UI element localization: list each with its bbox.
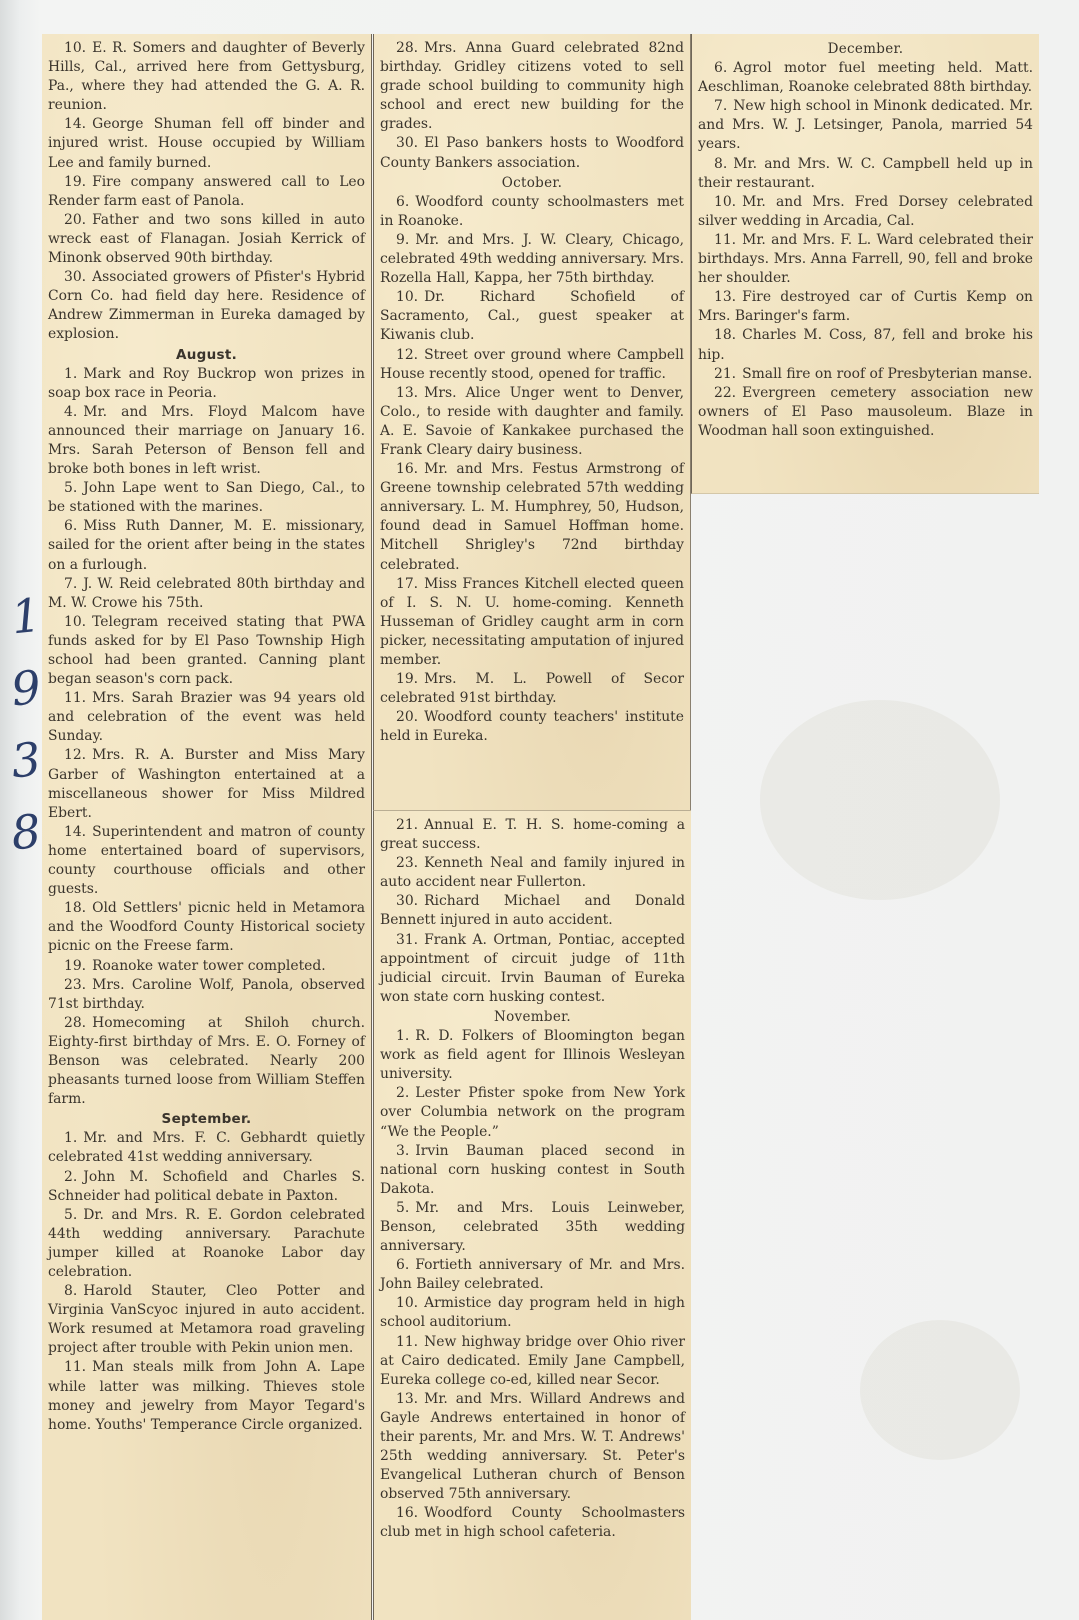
news-entry: 6.Miss Ruth Danner, M. E. missionary, sa… bbox=[48, 517, 365, 574]
entry-day: 10. bbox=[396, 289, 418, 305]
entry-text: Homecoming at Shiloh church. Eighty-firs… bbox=[48, 1015, 365, 1107]
entry-text: Mr. and Mrs. Willard Andrews and Gayle A… bbox=[380, 1391, 685, 1502]
news-entry: 7.New high school in Minonk dedicated. M… bbox=[698, 97, 1033, 154]
month-heading: November. bbox=[380, 1008, 685, 1027]
entry-text: Mr. and Mrs. F. C. Gebhardt quietly cele… bbox=[48, 1130, 365, 1165]
entry-day: 19. bbox=[396, 671, 418, 687]
entry-text: Armistice day program held in high schoo… bbox=[380, 1295, 685, 1330]
entry-text: Old Settlers' picnic held in Metamora an… bbox=[48, 900, 365, 954]
news-entry: 16.Mr. and Mrs. Festus Armstrong of Gree… bbox=[380, 460, 684, 575]
news-entry: 7.J. W. Reid celebrated 80th birthday an… bbox=[48, 575, 365, 613]
news-entry: 18.Old Settlers' picnic held in Metamora… bbox=[48, 899, 365, 956]
entry-text: Dr. and Mrs. R. E. Gordon celebrated 44t… bbox=[48, 1207, 365, 1280]
entry-day: 11. bbox=[714, 232, 736, 248]
news-entry: 20.Father and two sons killed in auto wr… bbox=[48, 211, 365, 268]
news-entry: 30.Richard Michael and Donald Bennett in… bbox=[380, 892, 685, 930]
news-entry: 13.Mrs. Alice Unger went to Denver, Colo… bbox=[380, 384, 684, 460]
entry-text: Street over ground where Campbell House … bbox=[380, 347, 684, 382]
entry-day: 3. bbox=[396, 1143, 409, 1159]
entry-text: Associated growers of Pfister's Hybrid C… bbox=[48, 269, 365, 342]
entry-day: 8. bbox=[714, 156, 727, 172]
entry-text: Miss Ruth Danner, M. E. missionary, sail… bbox=[48, 518, 365, 572]
entry-text: Frank A. Ortman, Pontiac, accepted appoi… bbox=[380, 932, 685, 1005]
entry-day: 14. bbox=[64, 824, 86, 840]
clipping-column-july-september: 10.E. R. Somers and daughter of Beverly … bbox=[42, 34, 372, 1620]
entry-text: Richard Michael and Donald Bennett injur… bbox=[380, 893, 685, 928]
entry-text: El Paso bankers hosts to Woodford County… bbox=[380, 135, 684, 170]
entry-day: 16. bbox=[396, 1505, 418, 1521]
entry-day: 30. bbox=[64, 269, 86, 285]
entry-text: Lester Pfister spoke from New York over … bbox=[380, 1085, 685, 1139]
news-entry: 30.Associated growers of Pfister's Hybri… bbox=[48, 268, 365, 344]
clipping-column-september-october: 28.Mrs. Anna Guard celebrated 82nd birth… bbox=[373, 34, 691, 810]
entry-day: 12. bbox=[396, 347, 418, 363]
news-entry: 10.E. R. Somers and daughter of Beverly … bbox=[48, 39, 365, 115]
entry-day: 8. bbox=[64, 1283, 77, 1299]
entry-text: Fire company answered call to Leo Render… bbox=[48, 174, 365, 209]
entry-day: 19. bbox=[64, 174, 86, 190]
entry-day: 9. bbox=[396, 232, 409, 248]
entry-day: 23. bbox=[396, 855, 418, 871]
news-entry: 11.New highway bridge over Ohio river at… bbox=[380, 1333, 685, 1390]
entry-text: John M. Schofield and Charles S. Schneid… bbox=[48, 1169, 365, 1204]
entry-text: New high school in Minonk dedicated. Mr.… bbox=[698, 98, 1033, 152]
news-entry: 2.John M. Schofield and Charles S. Schne… bbox=[48, 1168, 365, 1206]
entry-day: 1. bbox=[64, 366, 77, 382]
entry-day: 6. bbox=[396, 1257, 409, 1273]
entry-text: Fortieth anniversary of Mr. and Mrs. Joh… bbox=[380, 1257, 685, 1292]
entry-day: 10. bbox=[64, 40, 86, 56]
entry-day: 10. bbox=[714, 194, 736, 210]
news-entry: 30.El Paso bankers hosts to Woodford Cou… bbox=[380, 134, 684, 172]
news-entry: 11.Mr. and Mrs. F. L. Ward celebrated th… bbox=[698, 231, 1033, 288]
entry-day: 1. bbox=[396, 1028, 409, 1044]
entry-day: 10. bbox=[64, 614, 86, 630]
news-entry: 13.Fire destroyed car of Curtis Kemp on … bbox=[698, 288, 1033, 326]
entry-text: Kenneth Neal and family injured in auto … bbox=[380, 855, 685, 890]
entry-text: New highway bridge over Ohio river at Ca… bbox=[380, 1334, 685, 1388]
entry-day: 23. bbox=[64, 977, 86, 993]
month-heading: August. bbox=[48, 346, 365, 365]
entry-text: Small fire on roof of Presbyterian manse… bbox=[742, 366, 1032, 382]
entry-text: Mr. and Mrs. J. W. Cleary, Chicago, cele… bbox=[380, 232, 684, 286]
news-entry: 19.Roanoke water tower completed. bbox=[48, 957, 365, 976]
entry-day: 1. bbox=[64, 1130, 77, 1146]
news-entry: 23.Mrs. Caroline Wolf, Panola, observed … bbox=[48, 976, 365, 1014]
entry-day: 17. bbox=[396, 576, 418, 592]
month-heading: December. bbox=[698, 40, 1033, 59]
entry-day: 10. bbox=[396, 1295, 418, 1311]
news-entry: 28.Homecoming at Shiloh church. Eighty-f… bbox=[48, 1014, 365, 1109]
entry-text: Woodford county teachers' institute held… bbox=[380, 709, 684, 744]
entry-text: E. R. Somers and daughter of Beverly Hil… bbox=[48, 40, 365, 113]
entry-day: 11. bbox=[64, 690, 86, 706]
entry-text: Woodford County Schoolmasters club met i… bbox=[380, 1505, 685, 1540]
news-entry: 11.Mrs. Sarah Brazier was 94 years old a… bbox=[48, 689, 365, 746]
entry-text: Miss Frances Kitchell elected queen of I… bbox=[380, 576, 684, 668]
news-entry: 14.Superintendent and matron of county h… bbox=[48, 823, 365, 899]
entry-text: John Lape went to San Diego, Cal., to be… bbox=[48, 480, 365, 515]
entry-text: Telegram received stating that PWA funds… bbox=[48, 614, 365, 687]
news-entry: 22.Evergreen cemetery association new ow… bbox=[698, 384, 1033, 441]
month-heading: September. bbox=[48, 1110, 365, 1129]
news-entry: 6.Woodford county schoolmasters met in R… bbox=[380, 193, 684, 231]
entry-text: Evergreen cemetery association new owner… bbox=[698, 385, 1033, 439]
news-entry: 31.Frank A. Ortman, Pontiac, accepted ap… bbox=[380, 931, 685, 1007]
entry-text: Annual E. T. H. S. home-coming a great s… bbox=[380, 817, 685, 852]
entry-text: Harold Stauter, Cleo Potter and Virginia… bbox=[48, 1283, 365, 1356]
entry-day: 7. bbox=[64, 576, 77, 592]
news-entry: 10.Mr. and Mrs. Fred Dorsey celebrated s… bbox=[698, 193, 1033, 231]
news-entry: 4.Mr. and Mrs. Floyd Malcom have announc… bbox=[48, 403, 365, 479]
news-entry: 8.Harold Stauter, Cleo Potter and Virgin… bbox=[48, 1282, 365, 1358]
entry-text: Man steals milk from John A. Lape while … bbox=[48, 1359, 365, 1432]
entry-day: 13. bbox=[396, 385, 418, 401]
news-entry: 6.Fortieth anniversary of Mr. and Mrs. J… bbox=[380, 1256, 685, 1294]
news-entry: 8.Mr. and Mrs. W. C. Campbell held up in… bbox=[698, 155, 1033, 193]
entry-day: 6. bbox=[64, 518, 77, 534]
clipping-column-october-november: 21.Annual E. T. H. S. home-coming a grea… bbox=[373, 810, 691, 1620]
news-entry: 14.George Shuman fell off binder and inj… bbox=[48, 115, 365, 172]
entry-text: R. D. Folkers of Bloomington began work … bbox=[380, 1028, 685, 1082]
news-entry: 19.Fire company answered call to Leo Ren… bbox=[48, 173, 365, 211]
news-entry: 12.Street over ground where Campbell Hou… bbox=[380, 346, 684, 384]
entry-day: 18. bbox=[64, 900, 86, 916]
paper-stain bbox=[860, 1320, 1020, 1460]
news-entry: 23.Kenneth Neal and family injured in au… bbox=[380, 854, 685, 892]
entry-text: George Shuman fell off binder and injure… bbox=[48, 116, 365, 170]
entry-text: Agrol motor fuel meeting held. Matt. Aes… bbox=[698, 60, 1033, 95]
paper-stain bbox=[760, 700, 1000, 900]
entry-text: Irvin Bauman placed second in national c… bbox=[380, 1143, 685, 1197]
news-entry: 16.Woodford County Schoolmasters club me… bbox=[380, 1504, 685, 1542]
entry-text: Mr. and Mrs. Floyd Malcom have announced… bbox=[48, 404, 365, 477]
entry-day: 20. bbox=[396, 709, 418, 725]
entry-day: 7. bbox=[714, 98, 727, 114]
entry-text: Roanoke water tower completed. bbox=[92, 958, 326, 974]
entry-day: 13. bbox=[714, 289, 736, 305]
entry-text: Father and two sons killed in auto wreck… bbox=[48, 212, 365, 266]
entry-day: 30. bbox=[396, 893, 418, 909]
entry-day: 28. bbox=[396, 40, 418, 56]
news-entry: 9.Mr. and Mrs. J. W. Cleary, Chicago, ce… bbox=[380, 231, 684, 288]
entry-day: 21. bbox=[714, 366, 736, 382]
entry-text: Mrs. Alice Unger went to Denver, Colo., … bbox=[380, 385, 684, 458]
entry-day: 21. bbox=[396, 817, 418, 833]
entry-text: Mrs. M. L. Powell of Secor celebrated 91… bbox=[380, 671, 684, 706]
entry-text: Mrs. Caroline Wolf, Panola, observed 71s… bbox=[48, 977, 365, 1012]
news-entry: 1.Mr. and Mrs. F. C. Gebhardt quietly ce… bbox=[48, 1129, 365, 1167]
entry-text: Dr. Richard Schofield of Sacramento, Cal… bbox=[380, 289, 684, 343]
entry-day: 5. bbox=[64, 1207, 77, 1223]
entry-text: Woodford county schoolmasters met in Roa… bbox=[380, 194, 684, 229]
entry-day: 13. bbox=[396, 1391, 418, 1407]
entry-text: Mr. and Mrs. F. L. Ward celebrated their… bbox=[698, 232, 1033, 286]
news-entry: 18.Charles M. Coss, 87, fell and broke h… bbox=[698, 326, 1033, 364]
entry-text: Mrs. R. A. Burster and Miss Mary Garber … bbox=[48, 747, 365, 820]
entry-text: Mr. and Mrs. W. C. Campbell held up in t… bbox=[698, 156, 1033, 191]
news-entry: 20.Woodford county teachers' institute h… bbox=[380, 708, 684, 746]
news-entry: 11.Man steals milk from John A. Lape whi… bbox=[48, 1358, 365, 1434]
news-entry: 1.R. D. Folkers of Bloomington began wor… bbox=[380, 1027, 685, 1084]
entry-day: 11. bbox=[64, 1359, 86, 1375]
entry-text: Mr. and Mrs. Festus Armstrong of Greene … bbox=[380, 461, 684, 572]
entry-day: 22. bbox=[714, 385, 736, 401]
entry-day: 5. bbox=[396, 1200, 409, 1216]
news-entry: 21.Annual E. T. H. S. home-coming a grea… bbox=[380, 816, 685, 854]
entry-day: 5. bbox=[64, 480, 77, 496]
entry-day: 6. bbox=[396, 194, 409, 210]
entry-day: 31. bbox=[396, 932, 418, 948]
news-entry: 5.Mr. and Mrs. Louis Leinweber, Benson, … bbox=[380, 1199, 685, 1256]
news-entry: 3.Irvin Bauman placed second in national… bbox=[380, 1142, 685, 1199]
entry-text: Mr. and Mrs. Fred Dorsey celebrated silv… bbox=[698, 194, 1033, 229]
entry-day: 20. bbox=[64, 212, 86, 228]
entry-text: J. W. Reid celebrated 80th birthday and … bbox=[48, 576, 365, 611]
clipping-column-december: December.6.Agrol motor fuel meeting held… bbox=[691, 34, 1039, 494]
entry-day: 16. bbox=[396, 461, 418, 477]
news-entry: 10.Telegram received stating that PWA fu… bbox=[48, 613, 365, 689]
entry-day: 14. bbox=[64, 116, 86, 132]
news-entry: 2.Lester Pfister spoke from New York ove… bbox=[380, 1084, 685, 1141]
news-entry: 17.Miss Frances Kitchell elected queen o… bbox=[380, 575, 684, 670]
entry-day: 18. bbox=[714, 327, 736, 343]
news-entry: 6.Agrol motor fuel meeting held. Matt. A… bbox=[698, 59, 1033, 97]
entry-day: 19. bbox=[64, 958, 86, 974]
news-entry: 19.Mrs. M. L. Powell of Secor celebrated… bbox=[380, 670, 684, 708]
month-heading: October. bbox=[380, 174, 684, 193]
entry-day: 11. bbox=[396, 1334, 418, 1350]
news-entry: 5.John Lape went to San Diego, Cal., to … bbox=[48, 479, 365, 517]
entry-text: Mrs. Anna Guard celebrated 82nd birthday… bbox=[380, 40, 684, 132]
news-entry: 10.Armistice day program held in high sc… bbox=[380, 1294, 685, 1332]
news-entry: 13.Mr. and Mrs. Willard Andrews and Gayl… bbox=[380, 1390, 685, 1505]
entry-text: Mr. and Mrs. Louis Leinweber, Benson, ce… bbox=[380, 1200, 685, 1254]
news-entry: 28.Mrs. Anna Guard celebrated 82nd birth… bbox=[380, 39, 684, 134]
entry-day: 12. bbox=[64, 747, 86, 763]
entry-day: 28. bbox=[64, 1015, 86, 1031]
entry-text: Charles M. Coss, 87, fell and broke his … bbox=[698, 327, 1033, 362]
entry-day: 30. bbox=[396, 135, 418, 151]
news-entry: 10.Dr. Richard Schofield of Sacramento, … bbox=[380, 288, 684, 345]
entry-day: 4. bbox=[64, 404, 77, 420]
news-entry: 5.Dr. and Mrs. R. E. Gordon celebrated 4… bbox=[48, 1206, 365, 1282]
entry-day: 6. bbox=[714, 60, 727, 76]
news-entry: 1.Mark and Roy Buckrop won prizes in soa… bbox=[48, 365, 365, 403]
entry-text: Mrs. Sarah Brazier was 94 years old and … bbox=[48, 690, 365, 744]
entry-text: Superintendent and matron of county home… bbox=[48, 824, 365, 897]
news-entry: 21.Small fire on roof of Presbyterian ma… bbox=[698, 365, 1033, 384]
news-entry: 12.Mrs. R. A. Burster and Miss Mary Garb… bbox=[48, 746, 365, 822]
entry-text: Fire destroyed car of Curtis Kemp on Mrs… bbox=[698, 289, 1033, 324]
entry-day: 2. bbox=[64, 1169, 77, 1185]
entry-text: Mark and Roy Buckrop won prizes in soap … bbox=[48, 366, 365, 401]
entry-day: 2. bbox=[396, 1085, 409, 1101]
